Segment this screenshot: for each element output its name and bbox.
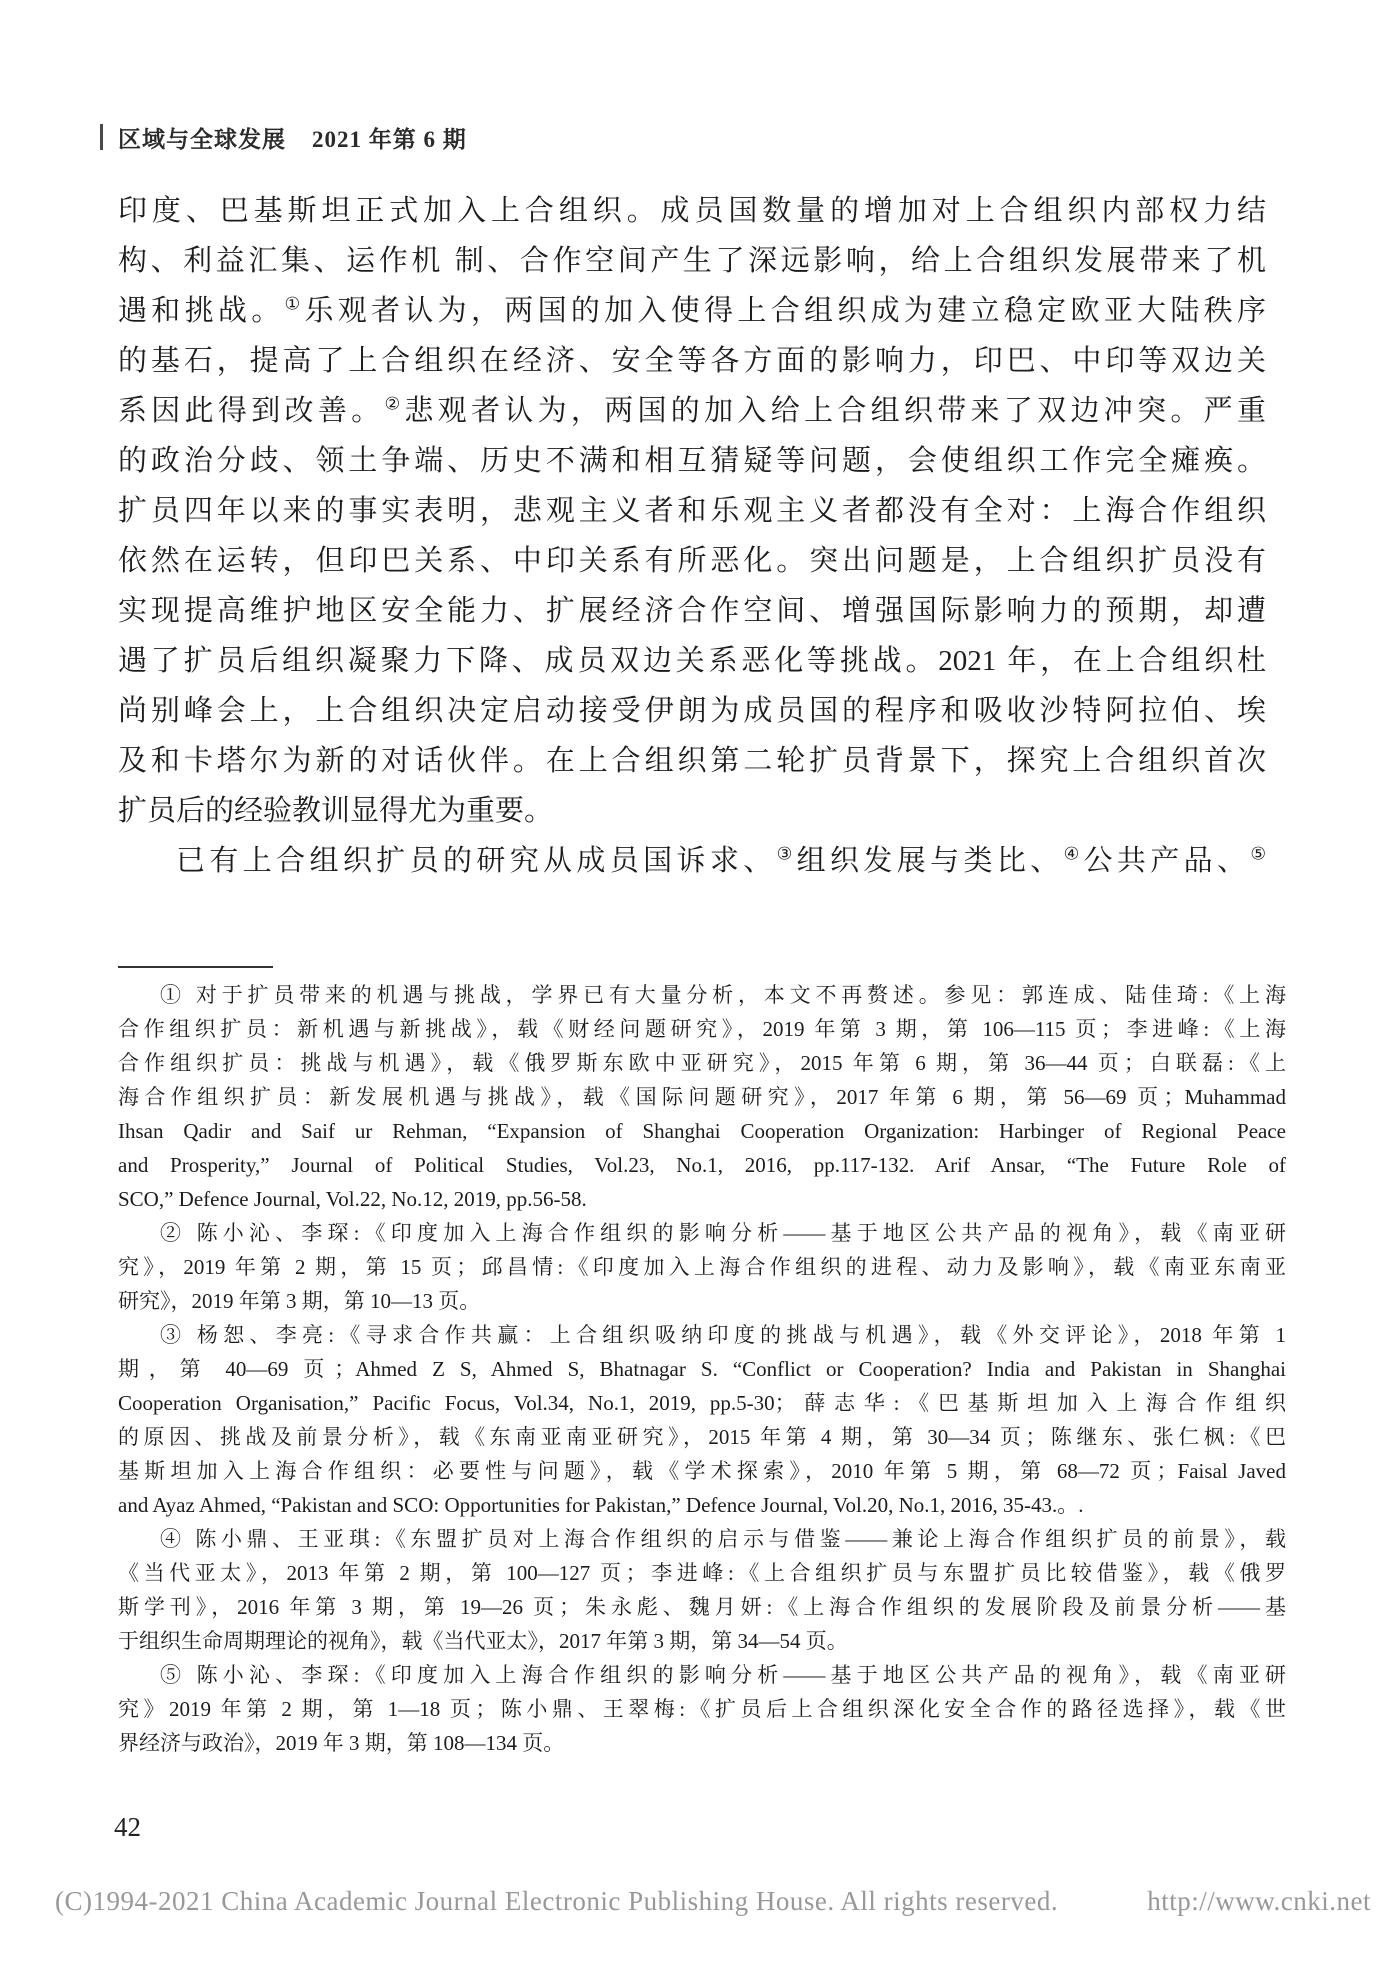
footnote-line: 究》，2019 年第 2 期，第 15 页；邱昌情:《印度加入上海合作组织的进程…: [118, 1250, 1286, 1284]
footnote-line: ⑤ 陈小沁、李琛:《印度加入上海合作组织的影响分析——基于地区公共产品的视角》，…: [118, 1658, 1286, 1692]
footnotes: ① 对于扩员带来的机遇与挑战，学界已有大量分析，本文不再赘述。参见：郭连成、陆佳…: [118, 978, 1286, 1760]
footnote-line: and Prosperity,” Journal of Political St…: [118, 1148, 1286, 1182]
footnote-line: 斯学刊》，2016 年第 3 期，第 19—26 页；朱永彪、魏月妍:《上海合作…: [118, 1590, 1286, 1624]
footnote-line: SCO,” Defence Journal, Vol.22, No.12, 20…: [118, 1182, 1286, 1216]
footnote-line: 期，第 40—69 页；Ahmed Z S, Ahmed S, Bhatnaga…: [118, 1352, 1286, 1386]
footnote-line: ① 对于扩员带来的机遇与挑战，学界已有大量分析，本文不再赘述。参见：郭连成、陆佳…: [118, 978, 1286, 1012]
body-line: 印度、巴基斯坦正式加入上合组织。成员国数量的增加对上合组织内部权力结: [118, 186, 1266, 236]
copyright-text: (C)1994-2021 China Academic Journal Elec…: [55, 1886, 1058, 1917]
body-line: 扩员四年以来的事实表明，悲观主义者和乐观主义者都没有全对：上海合作组织: [118, 486, 1266, 536]
footnote-line: ② 陈小沁、李琛:《印度加入上海合作组织的影响分析——基于地区公共产品的视角》，…: [118, 1216, 1286, 1250]
body-line: 扩员后的经验教训显得尤为重要。: [118, 786, 1266, 836]
footnote-line: ④ 陈小鼎、王亚琪:《东盟扩员对上海合作组织的启示与借鉴——兼论上海合作组织扩员…: [118, 1522, 1286, 1556]
body-line: 已有上合组织扩员的研究从成员国诉求、③组织发展与类比、④公共产品、⑤: [118, 836, 1266, 886]
footnote-line: 合作组织扩员：挑战与机遇》，载《俄罗斯东欧中亚研究》，2015 年第 6 期，第…: [118, 1046, 1286, 1080]
page-header: 区域与全球发展 2021 年第 6 期: [100, 121, 467, 153]
footnote-line: 界经济与政治》，2019 年 3 期，第 108—134 页。: [118, 1726, 1286, 1760]
body-line: 尚别峰会上，上合组织决定启动接受伊朗为成员国的程序和吸收沙特阿拉伯、埃: [118, 686, 1266, 736]
body-line: 的政治分歧、领土争端、历史不满和相互猜疑等问题，会使组织工作完全瘫痪。: [118, 436, 1266, 486]
body-line: 及和卡塔尔为新的对话伙伴。在上合组织第二轮扩员背景下，探究上合组织首次: [118, 736, 1266, 786]
footnote-line: Cooperation Organisation,” Pacific Focus…: [118, 1386, 1286, 1420]
footnote-separator: [118, 966, 273, 968]
article-body: 印度、巴基斯坦正式加入上合组织。成员国数量的增加对上合组织内部权力结 构、利益汇…: [118, 186, 1266, 886]
footnote-line: 基斯坦加入上海合作组织：必要性与问题》，载《学术探索》，2010 年第 5 期，…: [118, 1454, 1286, 1488]
page-number: 42: [114, 1812, 141, 1843]
journal-name: 区域与全球发展: [118, 121, 286, 154]
footnote-line: ③ 杨恕、李亮:《寻求合作共赢：上合组织吸纳印度的挑战与机遇》，载《外交评论》，…: [118, 1318, 1286, 1352]
journal-issue: 2021 年第 6 期: [312, 121, 467, 154]
copyright-footer: (C)1994-2021 China Academic Journal Elec…: [55, 1886, 1371, 1917]
body-line: 系因此得到改善。②悲观者认为，两国的加入给上合组织带来了双边冲突。严重: [118, 386, 1266, 436]
body-line: 遇了扩员后组织凝聚力下降、成员双边关系恶化等挑战。2021 年，在上合组织杜: [118, 636, 1266, 686]
footnote-line: 研究》，2019 年第 3 期，第 10—13 页。: [118, 1284, 1286, 1318]
body-line: 依然在运转，但印巴关系、中印关系有所恶化。突出问题是，上合组织扩员没有: [118, 536, 1266, 586]
footnote-line: and Ayaz Ahmed, “Pakistan and SCO: Oppor…: [118, 1488, 1286, 1522]
body-line: 实现提高维护地区安全能力、扩展经济合作空间、增强国际影响力的预期，却遭: [118, 586, 1266, 636]
body-line: 的基石，提高了上合组织在经济、安全等各方面的影响力，印巴、中印等双边关: [118, 336, 1266, 386]
body-line: 构、利益汇集、运作机 制、合作空间产生了深远影响，给上合组织发展带来了机: [118, 236, 1266, 286]
journal-page: 区域与全球发展 2021 年第 6 期 印度、巴基斯坦正式加入上合组织。成员国数…: [0, 0, 1378, 1969]
footnote-line: 究》2019 年第 2 期，第 1—18 页；陈小鼎、王翠梅:《扩员后上合组织深…: [118, 1692, 1286, 1726]
footnote-line: 《当代亚太》，2013 年第 2 期，第 100—127 页；李进峰:《上合组织…: [118, 1556, 1286, 1590]
header-divider-bar: [100, 124, 103, 150]
body-line: 遇和挑战。①乐观者认为，两国的加入使得上合组织成为建立稳定欧亚大陆秩序: [118, 286, 1266, 336]
cnki-url: http://www.cnki.net: [1147, 1886, 1371, 1917]
footnote-line: Ihsan Qadir and Saif ur Rehman, “Expansi…: [118, 1114, 1286, 1148]
footnote-line: 海合作组织扩员：新发展机遇与挑战》，载《国际问题研究》，2017 年第 6 期，…: [118, 1080, 1286, 1114]
footnote-line: 于组织生命周期理论的视角》，载《当代亚太》，2017 年第 3 期，第 34—5…: [118, 1624, 1286, 1658]
footnote-line: 的原因、挑战及前景分析》，载《东南亚南亚研究》，2015 年第 4 期，第 30…: [118, 1420, 1286, 1454]
footnote-line: 合作组织扩员：新机遇与新挑战》，载《财经问题研究》，2019 年第 3 期，第 …: [118, 1012, 1286, 1046]
